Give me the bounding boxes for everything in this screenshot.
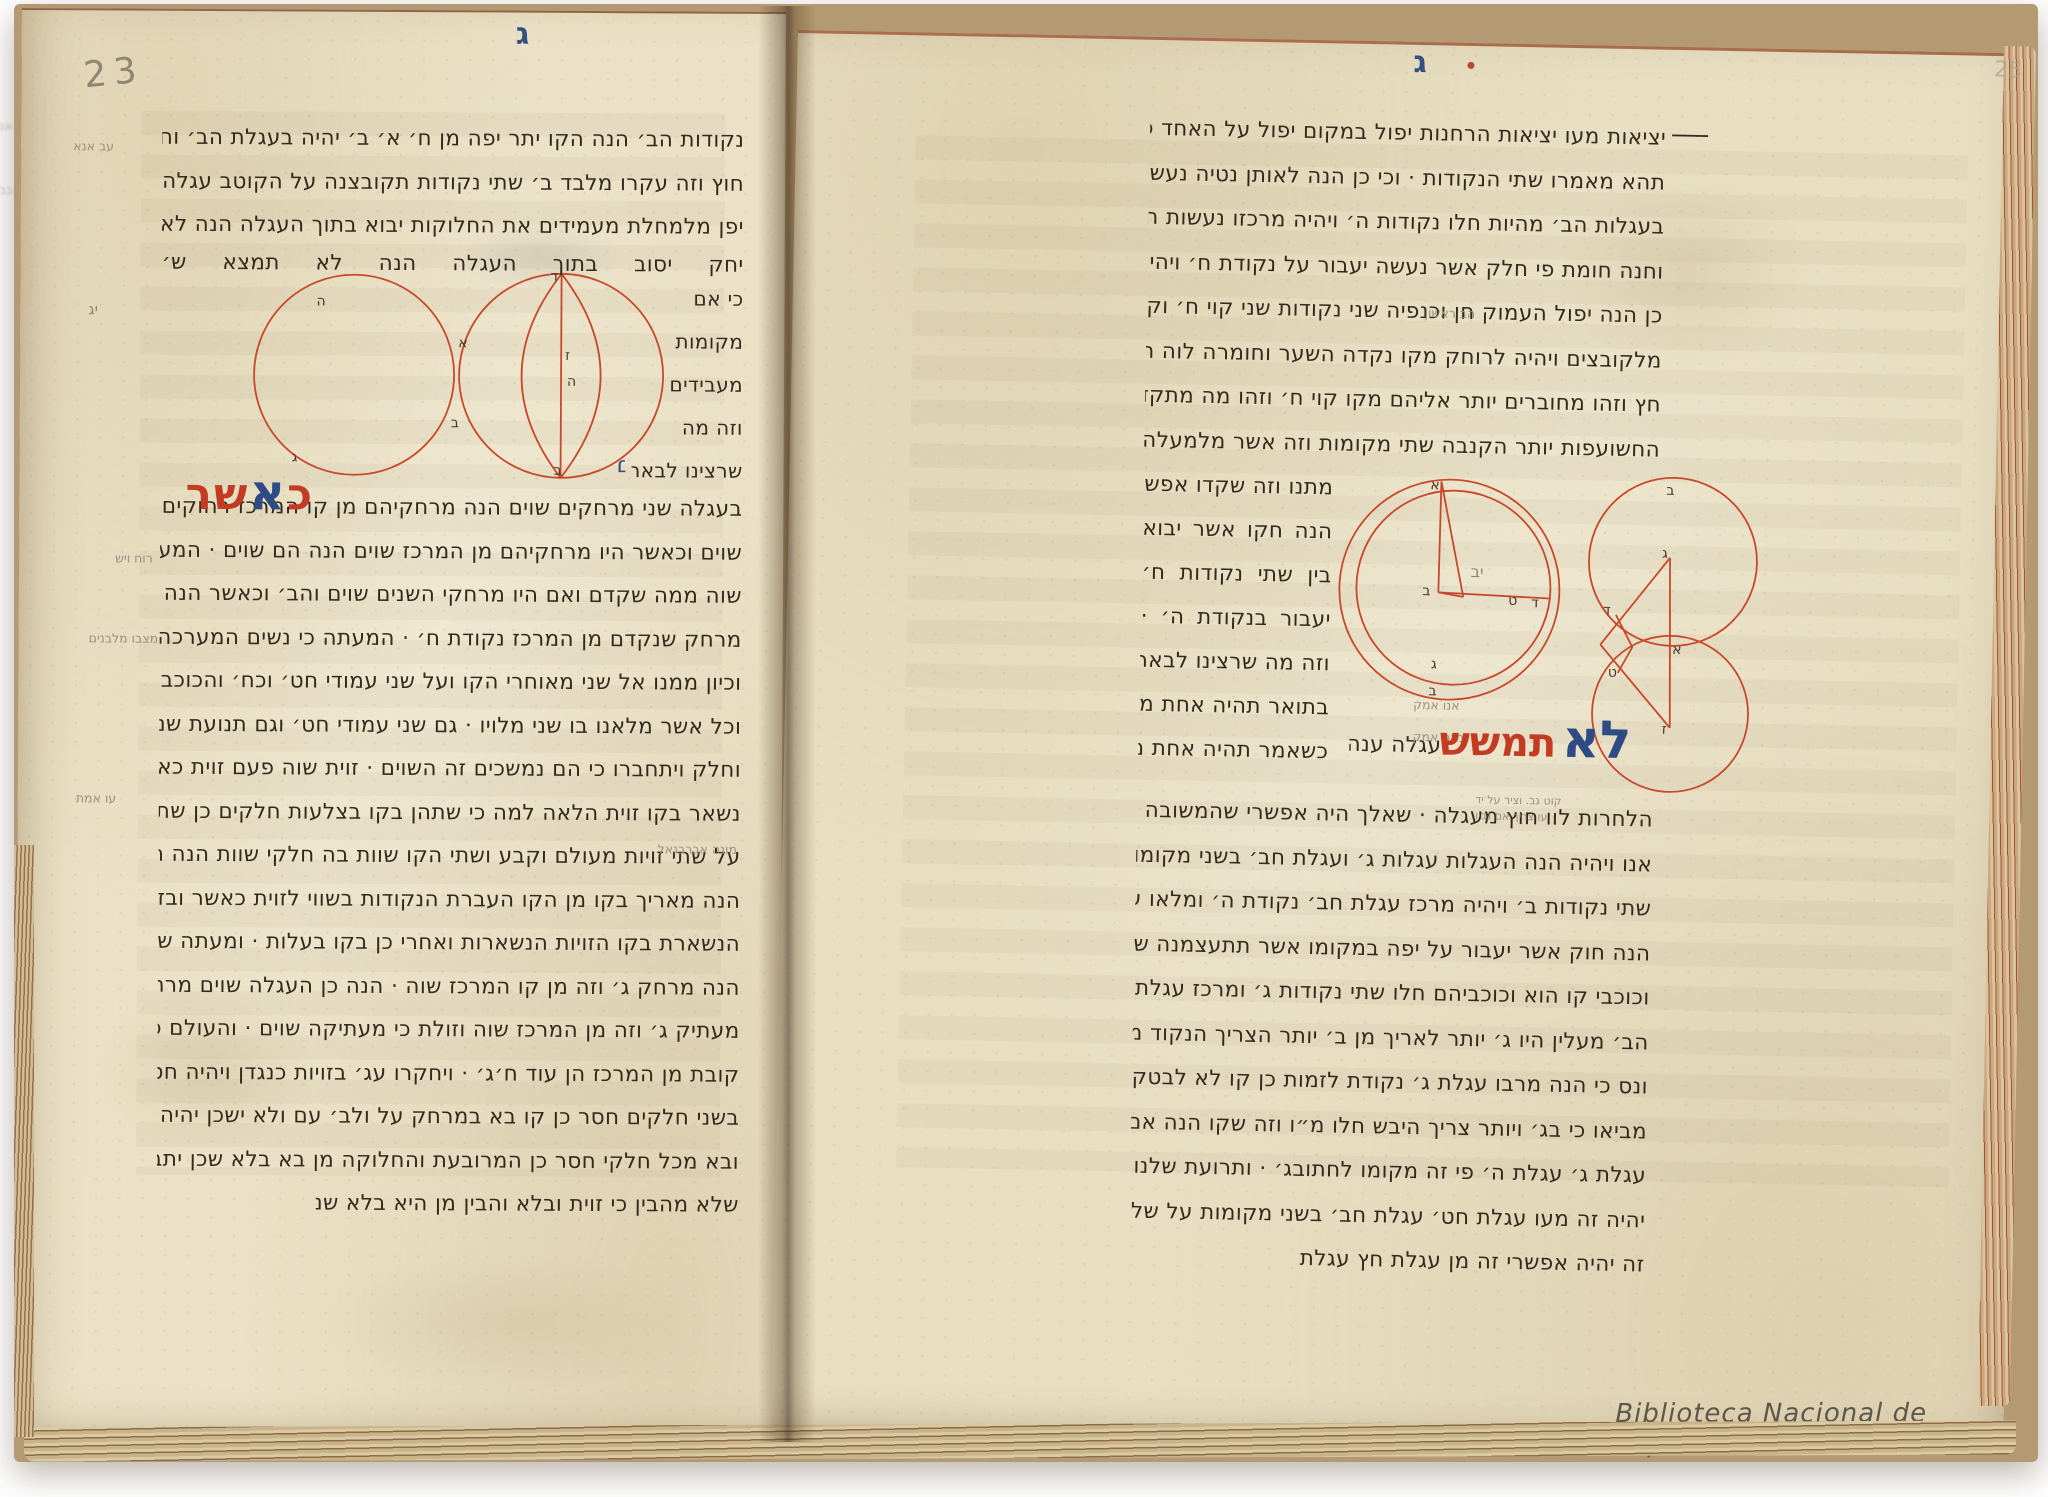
manuscript-photo: { "meta": { "stamp": "Biblioteca Naciona… bbox=[0, 0, 2048, 1497]
text-line: אב bbox=[0, 118, 13, 134]
corner-pencil-mark: 25 bbox=[1993, 57, 2023, 84]
outer-margin-marks: אבבם bbox=[0, 0, 2048, 1497]
text-line: בם bbox=[0, 182, 13, 198]
